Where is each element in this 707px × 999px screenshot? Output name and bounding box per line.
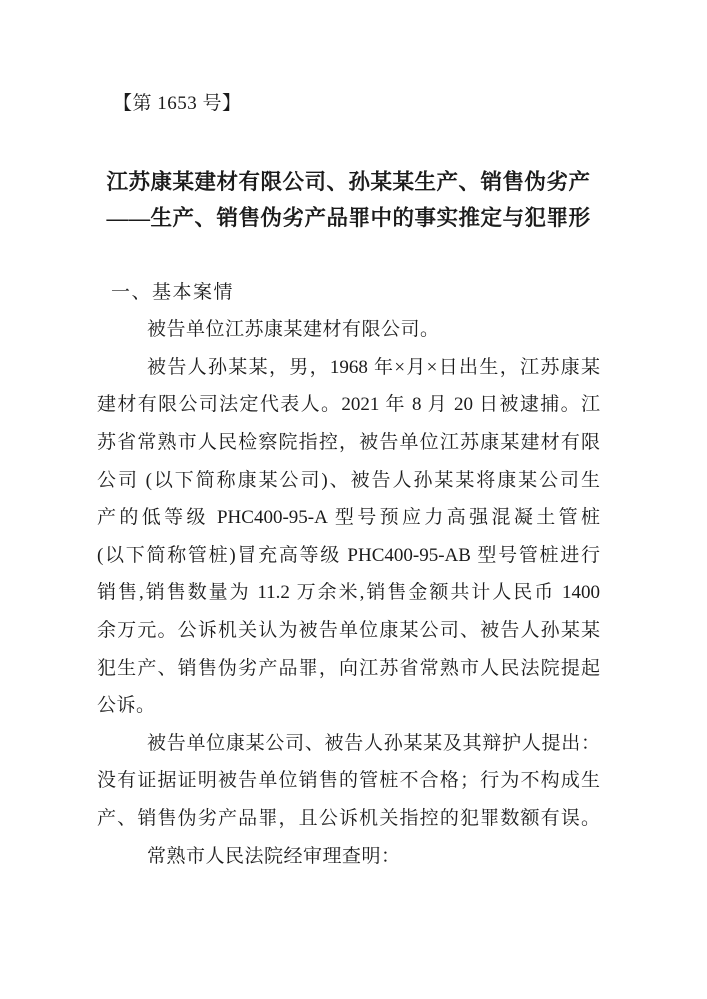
text-line: 建材有限公司法定代表人。2021 年 8 月 20 日被逮捕。江 — [97, 386, 600, 424]
text-line: 被告单位康某公司、被告人孙某某及其辩护人提出： — [97, 725, 600, 763]
text-line: 苏省常熟市人民检察院指控，被告单位江苏康某建材有限 — [97, 424, 600, 462]
text-line: 没有证据证明被告单位销售的管桩不合格；行为不构成生 — [97, 762, 600, 800]
text-line: 被告单位江苏康某建材有限公司。 — [97, 311, 600, 349]
text-line: 公诉。 — [97, 687, 600, 725]
text-line: (以下简称管桩)冒充高等级 PHC400-95-AB 型号管桩进行 — [97, 537, 600, 575]
text-line: 销售,销售数量为 11.2 万余米,销售金额共计人民币 1400 — [97, 574, 600, 612]
text-line: 余万元。公诉机关认为被告单位康某公司、被告人孙某某 — [97, 612, 600, 650]
document-page: 【第 1653 号】江苏康某建材有限公司、孙某某生产、销售伪劣产品案——生产、销… — [0, 0, 707, 999]
text-line: 产、销售伪劣产品罪，且公诉机关指控的犯罪数额有误。 — [97, 800, 600, 838]
document-lines: 【第 1653 号】江苏康某建材有限公司、孙某某生产、销售伪劣产品案——生产、销… — [97, 85, 600, 875]
text-line: 犯生产、销售伪劣产品罪，向江苏省常熟市人民法院提起 — [97, 650, 600, 688]
case-title: 江苏康某建材有限公司、孙某某生产、销售伪劣产品案 — [97, 164, 600, 200]
case-number-tag: 【第 1653 号】 — [97, 85, 600, 123]
text-line: 被告人孙某某，男，1968 年×月×日出生，江苏康某 — [97, 349, 600, 387]
text-line: 常熟市人民法院经审理查明： — [97, 838, 600, 876]
text-line: 公司 (以下简称康某公司)、被告人孙某某将康某公司生 — [97, 462, 600, 500]
text-line: 产的低等级 PHC400-95-A 型号预应力高强混凝土管桩 — [97, 499, 600, 537]
case-subtitle: ——生产、销售伪劣产品罪中的事实推定与犯罪形态认定 — [97, 200, 600, 236]
section-heading: 一、基本案情 — [97, 274, 600, 312]
